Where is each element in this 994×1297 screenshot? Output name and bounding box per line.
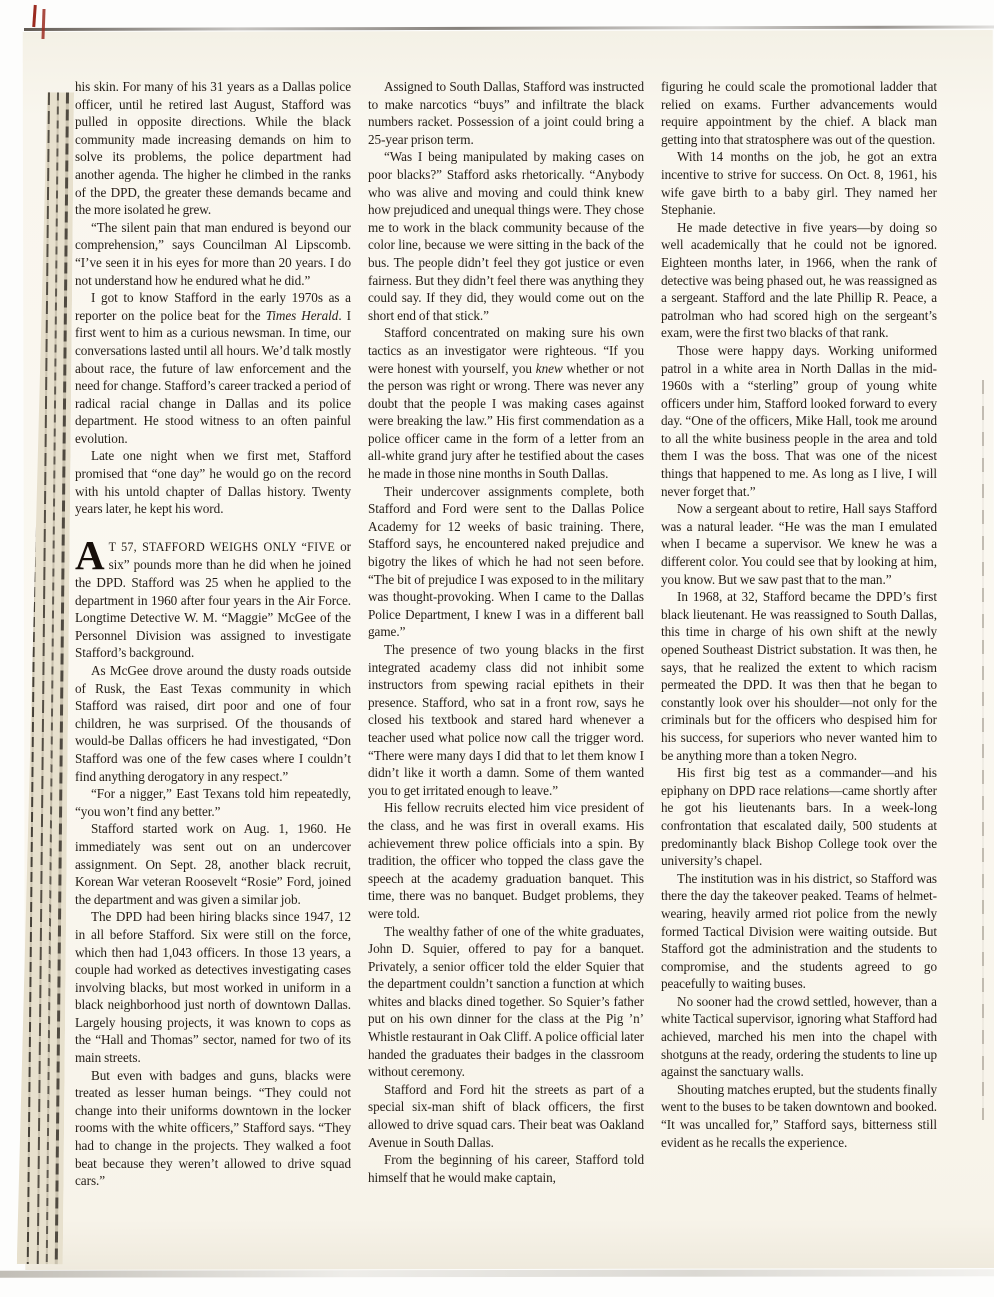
paragraph: His first big test as a commander—and hi…	[661, 764, 937, 870]
paragraph: “The silent pain that man endured is bey…	[75, 219, 351, 289]
paragraph: As McGee drove around the dusty roads ou…	[75, 662, 351, 785]
text-segment: The DPD had been hiring blacks since 194…	[75, 909, 351, 1065]
paragraph: Now a sergeant about to retire, Hall say…	[661, 500, 937, 588]
paragraph: The institution was in his district, so …	[661, 870, 937, 993]
paragraph: The DPD had been hiring blacks since 194…	[75, 908, 351, 1066]
text-segment: whether or not the person was right or w…	[368, 361, 644, 482]
paragraph: “Was I being manipulated by making cases…	[368, 148, 644, 324]
paragraph: His fellow recruits elected him vice pre…	[368, 799, 644, 922]
text-segment: He made detective in five years—by doing…	[661, 220, 937, 341]
text-segment: The wealthy father of one of the white g…	[368, 924, 644, 1080]
paragraph: Stafford started work on Aug. 1, 1960. H…	[75, 820, 351, 908]
text-segment: . I first went to him as a curious newsm…	[75, 308, 351, 446]
text-segment: Those were happy days. Working uniformed…	[661, 343, 937, 499]
paragraph: “For a nigger,” East Texans told him rep…	[75, 785, 351, 820]
text-segment: Shouting matches erupted, but the studen…	[661, 1082, 937, 1150]
paragraph: He made detective in five years—by doing…	[661, 219, 937, 342]
paragraph: Assigned to South Dallas, Stafford was i…	[368, 78, 644, 148]
text-segment: his skin. For many of his 31 years as a …	[75, 79, 351, 217]
text-segment: T 57, Stafford weighs only “five	[109, 540, 341, 554]
text-segment: The institution was in his district, so …	[661, 871, 937, 992]
paragraph: his skin. For many of his 31 years as a …	[75, 78, 351, 219]
article-column-3: figuring he could scale the promotional …	[661, 78, 937, 1190]
drop-cap-letter: A	[75, 540, 105, 571]
text-segment: No sooner had the crowd settled, however…	[661, 994, 937, 1079]
red-ink-mark	[32, 5, 37, 27]
paragraph: But even with badges and guns, blacks we…	[75, 1067, 351, 1190]
article-column-1: his skin. For many of his 31 years as a …	[75, 78, 351, 1190]
paragraph: No sooner had the crowd settled, however…	[661, 993, 937, 1081]
text-segment: From the beginning of his career, Staffo…	[368, 1152, 644, 1185]
paragraph: Their undercover assignments complete, b…	[368, 483, 644, 641]
text-segment: His first big test as a commander—and hi…	[661, 765, 937, 868]
page-right-edge-line	[982, 380, 984, 1120]
article-columns: his skin. For many of his 31 years as a …	[75, 78, 937, 1190]
paragraph: AT 57, Stafford weighs only “five or six…	[75, 538, 351, 662]
paragraph: Shouting matches erupted, but the studen…	[661, 1081, 937, 1151]
paragraph: I got to know Stafford in the early 1970…	[75, 289, 351, 447]
text-segment: Stafford started work on Aug. 1, 1960. H…	[75, 821, 351, 906]
italic-text: Times Herald	[266, 308, 339, 323]
text-segment: Late one night when we first met, Staffo…	[75, 448, 351, 516]
paragraph: Stafford and Ford hit the streets as par…	[368, 1081, 644, 1151]
paragraph: Late one night when we first met, Staffo…	[75, 447, 351, 517]
text-segment: Their undercover assignments complete, b…	[368, 484, 644, 640]
paragraph: In 1968, at 32, Stafford became the DPD’…	[661, 588, 937, 764]
text-segment: Now a sergeant about to retire, Hall say…	[661, 501, 937, 586]
text-segment: As McGee drove around the dusty roads ou…	[75, 663, 351, 784]
article-column-2: Assigned to South Dallas, Stafford was i…	[368, 78, 644, 1190]
text-segment: The presence of two young blacks in the …	[368, 642, 644, 798]
text-segment: or six” pounds more than he did when he …	[75, 539, 351, 661]
text-segment: “The silent pain that man endured is bey…	[75, 220, 351, 288]
paragraph: Those were happy days. Working uniformed…	[661, 342, 937, 500]
paragraph: Stafford concentrated on making sure his…	[368, 324, 644, 482]
paragraph: figuring he could scale the promotional …	[661, 78, 937, 148]
text-segment: figuring he could scale the promotional …	[661, 79, 937, 147]
text-segment: “Was I being manipulated by making cases…	[368, 149, 644, 322]
paragraph: With 14 months on the job, he got an ext…	[661, 148, 937, 218]
text-segment: Assigned to South Dallas, Stafford was i…	[368, 79, 644, 147]
text-segment: His fellow recruits elected him vice pre…	[368, 800, 644, 921]
paragraph: The presence of two young blacks in the …	[368, 641, 644, 799]
text-segment: But even with badges and guns, blacks we…	[75, 1068, 351, 1189]
page-bottom-edge-shadow	[0, 1269, 994, 1277]
text-segment: With 14 months on the job, he got an ext…	[661, 149, 937, 217]
text-segment: Stafford and Ford hit the streets as par…	[368, 1082, 644, 1150]
text-segment: “For a nigger,” East Texans told him rep…	[75, 786, 351, 819]
paragraph: From the beginning of his career, Staffo…	[368, 1151, 644, 1186]
text-segment: In 1968, at 32, Stafford became the DPD’…	[661, 589, 937, 762]
italic-text: knew	[536, 361, 563, 376]
paragraph: The wealthy father of one of the white g…	[368, 923, 644, 1081]
